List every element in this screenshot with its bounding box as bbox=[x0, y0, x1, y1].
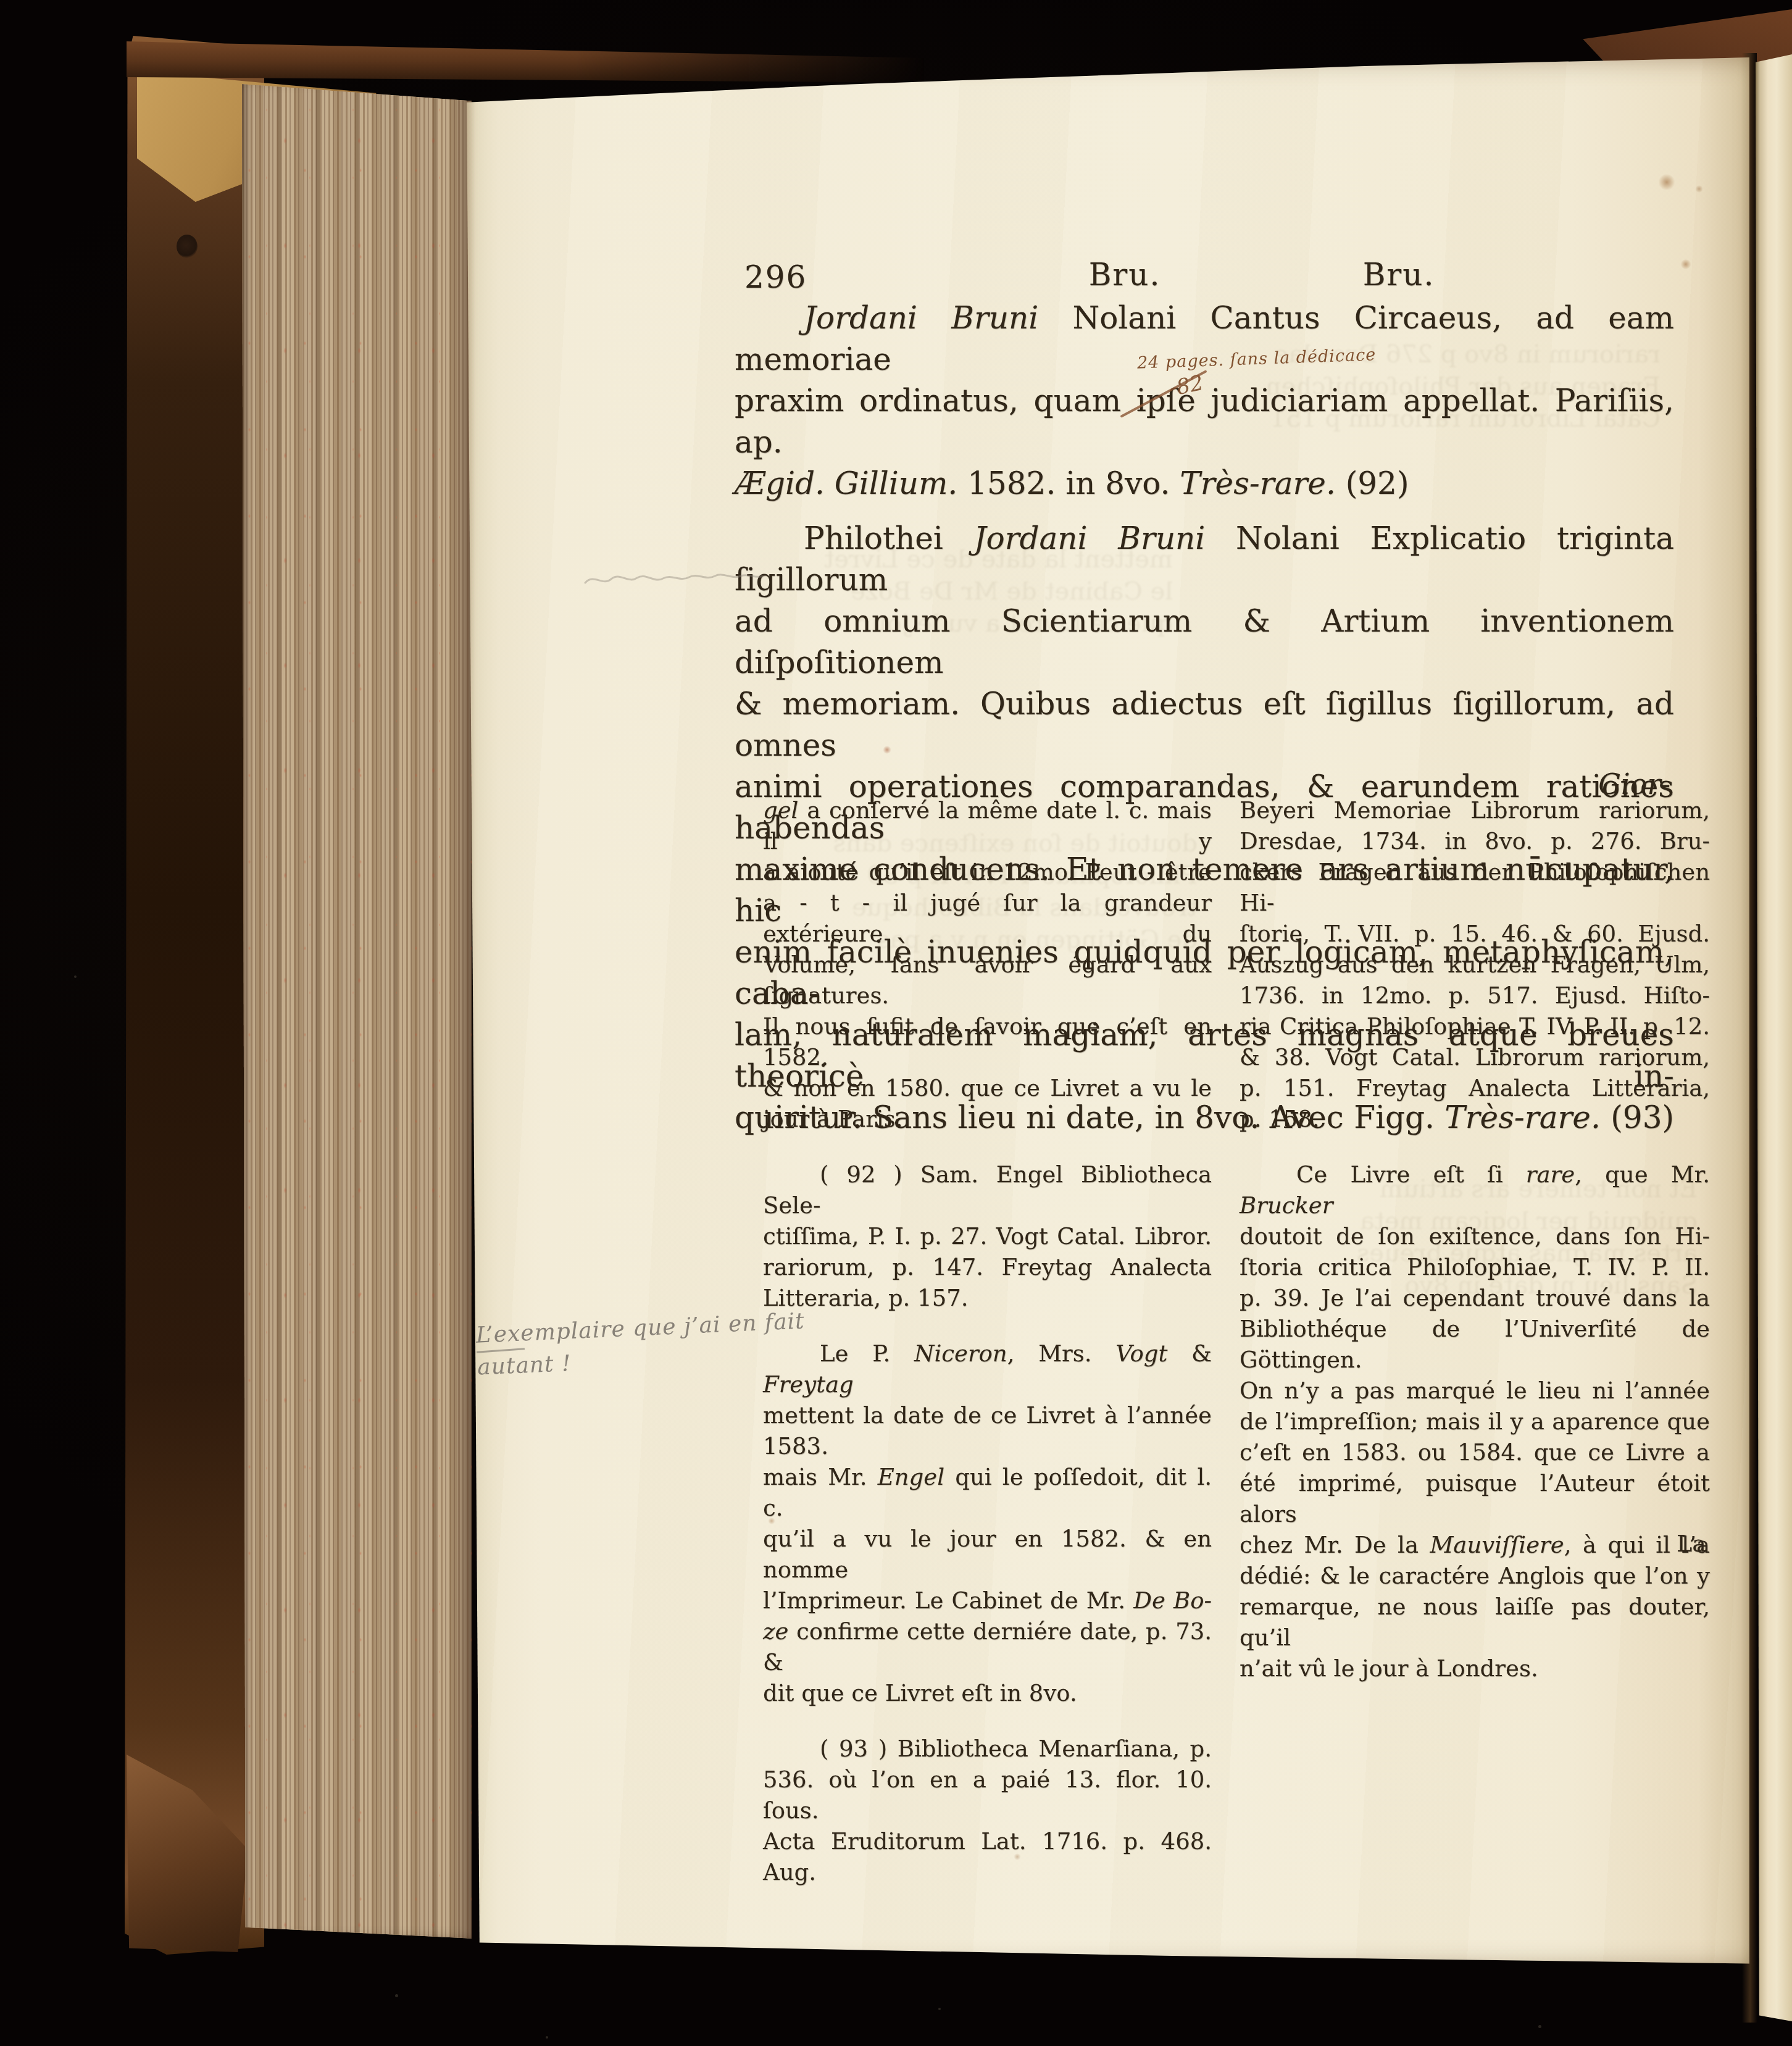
text-line: Il nous ſufit de ſavoir que c’eſt en 158… bbox=[763, 1011, 1212, 1073]
text-line: a aiouté qu’il eſt in 12mo. Peut - être bbox=[763, 857, 1212, 888]
text-line: ſtorie, T. VII. p. 15. 46. & 60. Ejusd. bbox=[1240, 919, 1710, 950]
dust-speck bbox=[74, 975, 77, 978]
footnote-column-left: gel a conſervé la même date l. c. mais i… bbox=[763, 795, 1212, 1888]
text-line: Ce Livre eſt ſi rare, que Mr. Brucker bbox=[1240, 1159, 1710, 1221]
text-line: Le P. Niceron, Mrs. Vogt & Freytag bbox=[763, 1338, 1212, 1400]
text-line: rariorum, p. 147. Freytag Analecta bbox=[763, 1252, 1212, 1283]
dust-speck bbox=[938, 2008, 941, 2010]
text-line: remarque, ne nous laiſſe pas douter, qu’… bbox=[1240, 1592, 1710, 1653]
text-line: ria Critica Philoſophiae T. IV. P. II. p… bbox=[1240, 1011, 1710, 1042]
text-line: ſtoria critica Philoſophiae, T. IV. P. I… bbox=[1240, 1252, 1710, 1283]
text-line: & 38. Vogt Catal. Librorum rariorum, bbox=[1240, 1042, 1710, 1073]
text-line: doutoit de ſon exiſtence, dans ſon Hi- bbox=[1240, 1221, 1710, 1252]
running-head-left: Bru. bbox=[1089, 257, 1161, 293]
book-head-leather-edge bbox=[127, 36, 941, 83]
text-line: On n’y a pas marqué le lieu ni l’année bbox=[1240, 1376, 1710, 1406]
text-line: Acta Eruditorum Lat. 1716. p. 468. Aug. bbox=[763, 1826, 1212, 1888]
paragraph: Ce Livre eſt ſi rare, que Mr. Bruckerdou… bbox=[1240, 1159, 1710, 1684]
paragraph: gel a conſervé la même date l. c. mais i… bbox=[763, 795, 1212, 1135]
paragraph: Beyeri Memoriae Librorum rariorum,Dresda… bbox=[1240, 795, 1710, 1135]
text-line: p. 158. bbox=[1240, 1104, 1710, 1135]
text-line: & memoriam. Quibus adiectus eſt ſigillus… bbox=[735, 683, 1674, 766]
catchword-footnote: La bbox=[1240, 1530, 1706, 1557]
faint-pencil-scribble bbox=[581, 564, 767, 594]
text-line: ctiſſima, P. I. p. 27. Vogt Catal. Libro… bbox=[763, 1221, 1212, 1252]
text-line: ( 93 ) Bibliotheca Menarſiana, p. bbox=[763, 1734, 1212, 1764]
text-line: Volume, ſans avoir égard aux ſignatures. bbox=[763, 950, 1212, 1011]
text-line: & non en 1580. que ce Livret a vu le bbox=[763, 1073, 1212, 1104]
text-line: n’ait vû le jour à Londres. bbox=[1240, 1653, 1710, 1684]
text-line: c’eſt en 1583. ou 1584. que ce Livre a bbox=[1240, 1437, 1710, 1468]
text-line: Ægid. Gillium. 1582. in 8vo. Très-rare. … bbox=[735, 463, 1674, 504]
red-speckle-texture bbox=[242, 73, 472, 1946]
text-line: a - t - il jugé ſur la grandeur extérieu… bbox=[763, 888, 1212, 950]
dust-speck bbox=[395, 1994, 398, 1997]
text-line: p. 39. Je l’ai cependant trouvé dans la bbox=[1240, 1283, 1710, 1314]
next-page-edge bbox=[1756, 54, 1792, 2021]
text-line: dédié: & le caractére Anglois que l’on y bbox=[1240, 1561, 1710, 1592]
text-line: de l’impreſſion; mais il y a aparence qu… bbox=[1240, 1406, 1710, 1437]
text-line: Beyeri Memoriae Librorum rariorum, bbox=[1240, 795, 1710, 826]
paragraph: ( 92 ) Sam. Engel Bibliotheca Sele-ctiſſ… bbox=[763, 1159, 1212, 1314]
page-number: 296 bbox=[744, 259, 807, 295]
text-line: Bibliothéque de l’Univerſité de Göttinge… bbox=[1240, 1314, 1710, 1376]
text-line: ( 92 ) Sam. Engel Bibliotheca Sele- bbox=[763, 1159, 1212, 1221]
text-line: dit que ce Livret eſt in 8vo. bbox=[763, 1678, 1212, 1709]
paragraph: Le P. Niceron, Mrs. Vogt & Freytagmetten… bbox=[763, 1338, 1212, 1709]
text-line: mais Mr. Engel qui le poſſedoit, dit l. … bbox=[763, 1462, 1212, 1524]
text-line: ze confirme cette derniére date, p. 73. … bbox=[763, 1616, 1212, 1678]
text-line: ckers Fragen aus der Philoſophiſchen Hi- bbox=[1240, 857, 1710, 919]
dust-speck bbox=[1538, 2025, 1541, 2028]
text-line: ad omnium Scientiarum & Artium invention… bbox=[735, 601, 1674, 683]
text-line: qu’il a vu le jour en 1582. & en nomme bbox=[763, 1524, 1212, 1585]
running-head-right: Bru. bbox=[1363, 257, 1435, 293]
text-line: Auszug aus den kurtzen Fragen, Ulm, bbox=[1240, 950, 1710, 980]
text-line: Litteraria, p. 157. bbox=[763, 1283, 1212, 1314]
text-line: 536. où l’on en a paié 13. flor. 10. ſou… bbox=[763, 1764, 1212, 1826]
paragraph: ( 93 ) Bibliotheca Menarſiana, p.536. où… bbox=[763, 1734, 1212, 1888]
text-line: p. 151. Freytag Analecta Litteraria, bbox=[1240, 1073, 1710, 1104]
paragraph: Jordani Bruni Nolani Cantus Circaeus, ad… bbox=[735, 298, 1674, 504]
stain-dot-on-board bbox=[177, 235, 198, 258]
photograph-of-open-book: rariorum in 8vo p 276 DresdaeFragen aus … bbox=[0, 0, 1792, 2046]
text-line: l’Imprimeur. Le Cabinet de Mr. De Bo- bbox=[763, 1585, 1212, 1616]
text-line: mettent la date de ce Livret à l’année 1… bbox=[763, 1400, 1212, 1462]
text-line: jour à Paris. bbox=[763, 1104, 1212, 1135]
text-line: 1736. in 12mo. p. 517. Ejusd. Hiſto- bbox=[1240, 980, 1710, 1011]
text-line: gel a conſervé la même date l. c. mais i… bbox=[763, 795, 1212, 857]
page-block-fore-edge bbox=[242, 73, 472, 1946]
text-line: été imprimé, puisque l’Auteur étoit alor… bbox=[1240, 1468, 1710, 1530]
text-line: Dresdae, 1734. in 8vo. p. 276. Bru- bbox=[1240, 826, 1710, 857]
text-line: Philothei Jordani Bruni Nolani Explicati… bbox=[735, 518, 1674, 601]
dust-speck bbox=[546, 2036, 548, 2039]
